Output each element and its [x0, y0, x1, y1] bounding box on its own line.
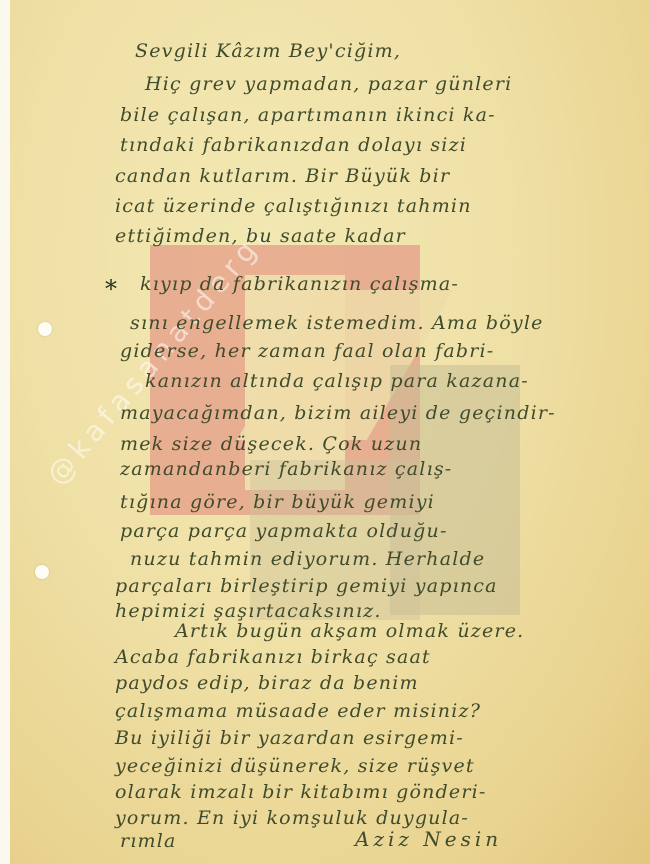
letter-line: ettiğimden, bu saate kadar	[115, 225, 406, 247]
letter-line: mek size düşecek. Çok uzun	[120, 433, 422, 455]
letter-line: Bu iyiliği bir yazardan esirgemi-	[115, 727, 464, 749]
letter-line: bile çalışan, apartımanın ikinci ka-	[120, 104, 496, 126]
letter-line: yeceğinizi düşünerek, size rüşvet	[115, 755, 475, 777]
letter-line: çalışmama müsaade eder misiniz?	[115, 700, 481, 722]
letter-line: Acaba fabrikanızı birkaç saat	[115, 646, 431, 668]
letter-line: Hiç grev yapmadan, pazar günleri	[145, 73, 512, 95]
letter-body: Sevgili Kâzım Bey'ciğim, Hiç grev yapmad…	[0, 0, 650, 864]
letter-line: mayacağımdan, bizim aileyi de geçindir-	[120, 402, 556, 424]
letter-line: hepimizi şaşırtacaksınız.	[115, 600, 382, 622]
letter-line: icat üzerinde çalıştığınızı tahmin	[115, 195, 472, 217]
signature: Aziz Nesin	[355, 827, 502, 851]
letter-line: Artık bugün akşam olmak üzere.	[175, 620, 524, 642]
letter-line: parçaları birleştirip gemiyi yapınca	[115, 575, 498, 597]
letter-line: rımla	[120, 830, 177, 852]
letter-line: tındaki fabrikanızdan dolayı sizi	[120, 134, 467, 156]
letter-line: kanızın altında çalışıp para kazana-	[145, 370, 529, 392]
salutation: Sevgili Kâzım Bey'ciğim,	[135, 40, 401, 62]
letter-line: parça parça yapmakta olduğu-	[120, 520, 448, 542]
margin-asterisk: *	[105, 275, 118, 303]
letter-line: nuzu tahmin ediyorum. Herhalde	[130, 548, 485, 570]
letter-line: yorum. En iyi komşuluk duygula-	[115, 807, 469, 829]
letter-line: kıyıp da fabrikanızın çalışma-	[140, 273, 459, 295]
letter-line: tığına göre, bir büyük gemiyi	[120, 491, 435, 513]
letter-line: paydos edip, biraz da benim	[115, 672, 419, 694]
letter-line: giderse, her zaman faal olan fabri-	[120, 340, 494, 362]
letter-line: candan kutlarım. Bir Büyük bir	[115, 165, 450, 187]
letter-line: olarak imzalı bir kitabımı gönderi-	[115, 781, 487, 803]
letter-line: sını engellemek istemedim. Ama böyle	[130, 312, 544, 334]
letter-line: zamandanberi fabrikanız çalış-	[120, 458, 452, 480]
